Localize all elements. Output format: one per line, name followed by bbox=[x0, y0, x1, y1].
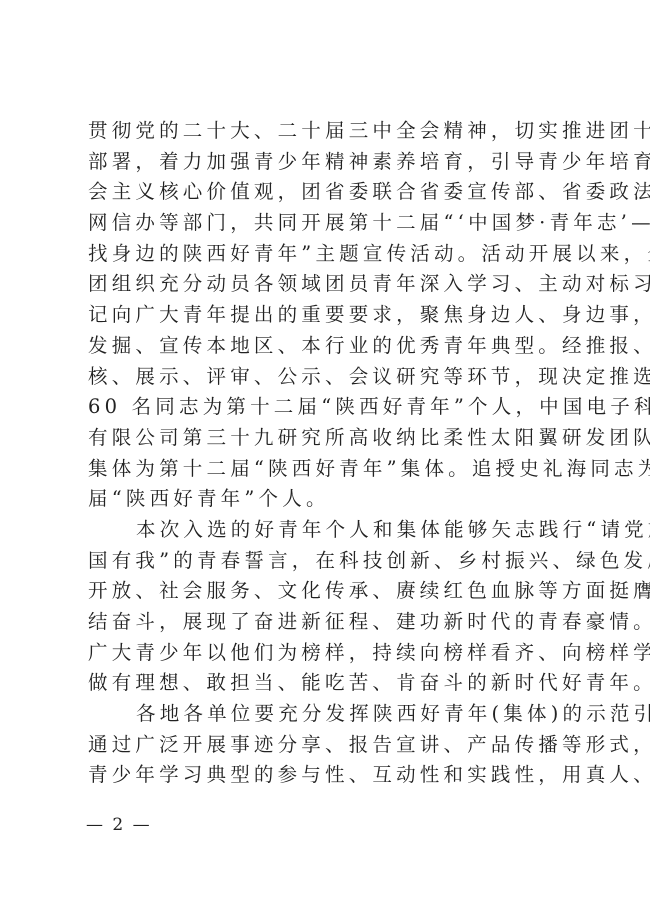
text-line-15: 国有我”的青春誓言，在科技创新、乡村振兴、绿色发展、对外 bbox=[88, 546, 572, 577]
text-line-4: 网信办等部门，共同开展第十二届“‘中国梦·青年志’——寻 bbox=[88, 208, 572, 239]
text-line-3: 会主义核心价值观，团省委联合省委宣传部、省委政法委、省委 bbox=[88, 177, 572, 208]
text-line-7: 记向广大青年提出的重要要求，聚焦身边人、身边事，积极寻找、 bbox=[88, 300, 572, 331]
text-line-5: 找身边的陕西好青年”主题宣传活动。活动开展以来，全省各级 bbox=[88, 239, 572, 270]
text-line-2: 部署，着力加强青少年精神素养培育，引导青少年培育和践行社 bbox=[88, 147, 572, 178]
text-line-18: 广大青少年以他们为榜样，持续向榜样看齐、向榜样学习，立志 bbox=[88, 638, 572, 669]
text-line-19: 做有理想、敢担当、能吃苦、肯奋斗的新时代好青年。 bbox=[88, 668, 572, 699]
text-line-22: 青少年学习典型的参与性、互动性和实践性，用真人、真事、真 bbox=[88, 760, 572, 791]
text-line-10: 60 名同志为第十二届“陕西好青年”个人，中国电子科技集团 bbox=[88, 392, 572, 423]
document-body: 贯彻党的二十大、二十届三中全会精神，切实推进团十九大各项 部署，着力加强青少年精… bbox=[88, 116, 572, 791]
paragraph-3-first-line: 各地各单位要充分发挥陕西好青年(集体)的示范引领作用， bbox=[88, 699, 572, 730]
text-line-9: 核、展示、评审、公示、会议研究等环节，现决定推选王宁等 bbox=[88, 362, 572, 393]
text-line-16: 开放、社会服务、文化传承、赓续红色血脉等方面挺膺担当、团 bbox=[88, 576, 572, 607]
text-line-1: 贯彻党的二十大、二十届三中全会精神，切实推进团十九大各项 bbox=[88, 116, 572, 147]
text-line-13: 届“陕西好青年”个人。 bbox=[88, 484, 572, 515]
text-line-6: 团组织充分动员各领域团员青年深入学习、主动对标习近平总书 bbox=[88, 269, 572, 300]
paragraph-2-first-line: 本次入选的好青年个人和集体能够矢志践行“请党放心、强 bbox=[88, 515, 572, 546]
text-line-21: 通过广泛开展事迹分享、报告宣讲、产品传播等形式，不断增强 bbox=[88, 730, 572, 761]
text-line-12: 集体为第十二届“陕西好青年”集体。追授史礼海同志为第十二 bbox=[88, 454, 572, 485]
page-number: — 2 — bbox=[86, 812, 152, 838]
text-line-11: 有限公司第三十九研究所高收纳比柔性太阳翼研发团队等 30 个 bbox=[88, 423, 572, 454]
document-page: 贯彻党的二十大、二十届三中全会精神，切实推进团十九大各项 部署，着力加强青少年精… bbox=[0, 0, 650, 920]
text-line-8: 发掘、宣传本地区、本行业的优秀青年典型。经推报、初选、复 bbox=[88, 331, 572, 362]
text-line-17: 结奋斗，展现了奋进新征程、建功新时代的青春豪情。希望全省 bbox=[88, 607, 572, 638]
